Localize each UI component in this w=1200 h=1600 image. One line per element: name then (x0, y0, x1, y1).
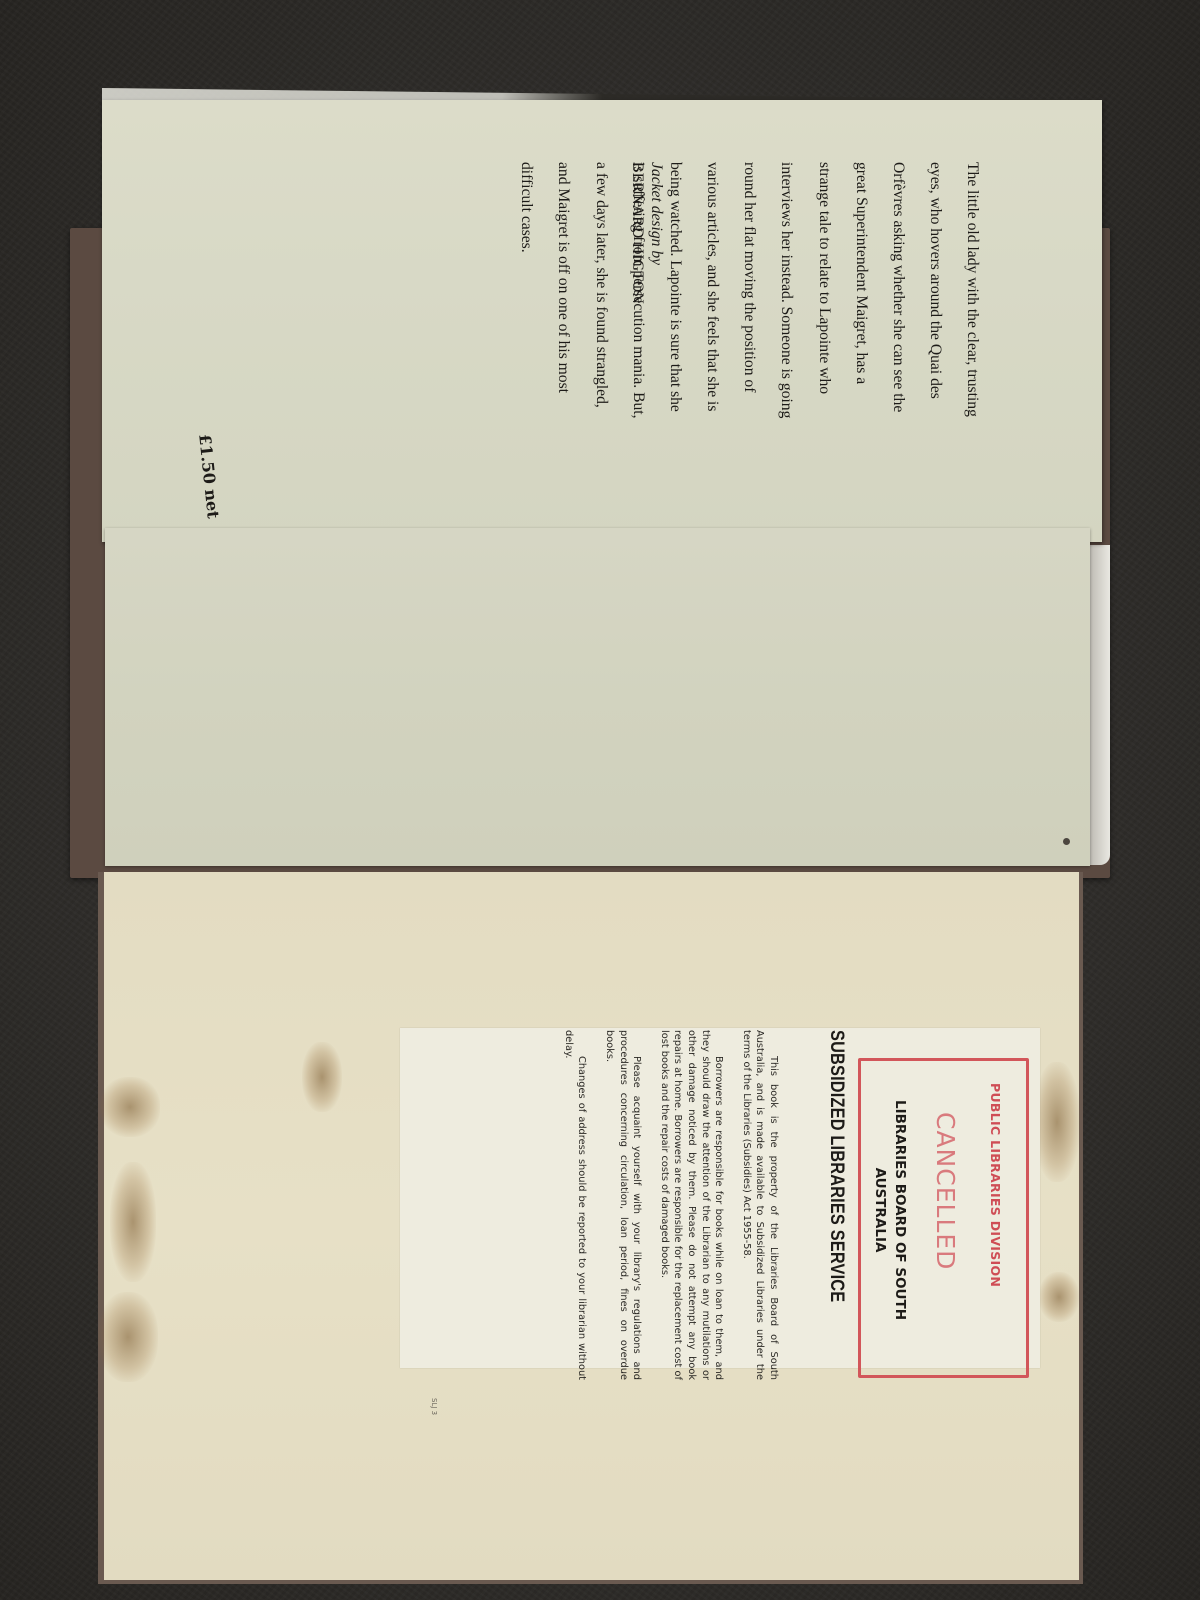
stamp-status-text: CANCELLED (931, 1112, 960, 1352)
foxing-stain (100, 1077, 160, 1137)
rules-paragraph: Please acquaint yourself with your libra… (602, 1030, 643, 1380)
foxing-stain (1034, 1062, 1080, 1182)
foxing-stain (302, 1042, 342, 1112)
libraries-board-name: LIBRARIES BOARD OF SOUTH AUSTRALIA (870, 1050, 910, 1370)
label-title: SUBSIDIZED LIBRARIES SERVICE (825, 1030, 847, 1322)
blurb-line: Orfèvres asking whether she can see the (888, 162, 907, 502)
rules-paragraph: Borrowers are responsible for books whil… (657, 1030, 725, 1380)
credit-role: Jacket design by (646, 162, 665, 502)
blurb-line: a few days later, she is found strangled… (591, 162, 610, 502)
blurb-line: difficult cases. (517, 162, 536, 502)
blurb-line: great Superintendent Maigret, has a (851, 162, 870, 502)
foxing-stain (110, 1162, 156, 1282)
stamp-division-text: PUBLIC LIBRARIES DIVISION (988, 1083, 1003, 1363)
blurb-line: interviews her instead. Someone is going (777, 162, 796, 502)
form-code: SLJ 3 (430, 1398, 438, 1438)
blurb-line: eyes, who hovers around the Quai des (926, 162, 945, 502)
blurb-line: The little old lady with the clear, trus… (963, 162, 982, 502)
foxing-stain (98, 1292, 158, 1382)
board-name-line: LIBRARIES BOARD OF SOUTH (890, 1050, 910, 1370)
jacket-spine-panel (105, 528, 1090, 866)
spine-mark (1063, 838, 1070, 845)
blurb-line: various articles, and she feels that she… (703, 162, 722, 502)
jacket-blurb: The little old lady with the clear, trus… (498, 162, 1000, 502)
blurb-line: round her flat moving the position of (740, 162, 759, 502)
credit-name: BERNARD HIGTON (628, 162, 647, 502)
page-edge (1090, 545, 1110, 865)
jacket-credit: Jacket design by BERNARD HIGTON (628, 162, 665, 502)
board-name-line: AUSTRALIA (870, 1050, 890, 1370)
foxing-stain (1039, 1272, 1079, 1322)
blurb-line: strange tale to relate to Lapointe who (814, 162, 833, 502)
rules-paragraph: Changes of address should be reported to… (561, 1030, 588, 1380)
label-rules: This book is the property of the Librari… (547, 1030, 780, 1380)
blurb-line: being watched. Lapointe is sure that she (665, 162, 684, 502)
blurb-line: and Maigret is off on one of his most (554, 162, 573, 502)
rules-paragraph: This book is the property of the Librari… (739, 1030, 780, 1380)
